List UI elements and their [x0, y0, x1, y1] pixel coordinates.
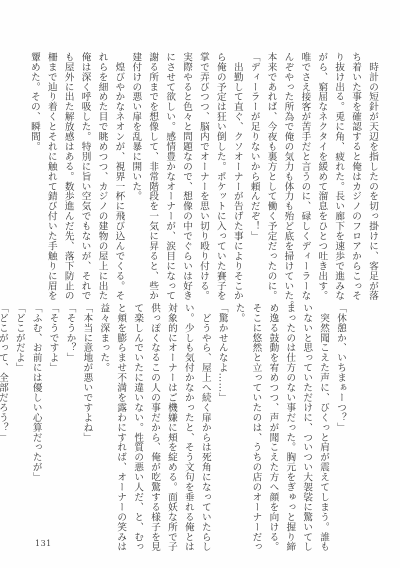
text-line: どうやら、屋上へ続く扉からは死角になっていたらし	[196, 303, 213, 543]
text-line: いないと思っていただけに、ついつい大袈裟に驚いてし	[297, 303, 314, 543]
text-line: と頬を膨らませ不満を露わにすれば、オーナーの笑みは	[111, 303, 128, 543]
text-line: ら俺の予定は狂い倒した。ポケットに入っていた賽子を	[211, 52, 228, 292]
text-line: 時計の短針が天辺を指したのを切っ掛けに、客足が落	[363, 52, 380, 292]
text-line: がら、窮屈なネクタイを緩めて溜息をひとつ吐き出す。	[312, 52, 329, 292]
page-number: 131	[35, 539, 52, 548]
text-line: 謝る所までを想像して、非常階段を一気に昇ると、些か	[143, 52, 160, 292]
text-line: り抜け出る。兎に角、疲れた。長い廊下を速歩で進みな	[329, 52, 346, 292]
text-line: て楽しんでいたに違いない。性質の悪い人だ、と、むっ	[128, 303, 145, 543]
text-line: 対象的にオーナーはご機嫌に頬を綻める。面妖な所で子	[162, 303, 179, 543]
dialogue-line: 「ディーラーが足りないから頼んだぞ！」	[245, 52, 262, 292]
dialogue-line: 「どこがって、全部だろう？」	[0, 303, 10, 543]
text-line: 俺は深く呼吸した。特別に旨い空気でもないが、それで	[76, 52, 93, 292]
lower-text-block: 「休憩か、いちまぁーつ？」 突然聞こえた声に、びくっと肩が震えてしまう。誰も い…	[0, 303, 348, 543]
text-line: にさせて欲しい。感情豊かなオーナーが、涙目になって	[160, 52, 177, 292]
text-line: 柵まで辿り着くとそれに触れて錆び付いた手触りに眉を	[42, 52, 59, 292]
dialogue-line: 「どこがだよ」	[10, 303, 27, 543]
text-line: そこに悠然と立っていたのは、うちの店のオーナーだっ	[247, 303, 264, 543]
dialogue-line: 「驚かせんなよ……」	[213, 303, 230, 543]
text-line: た。	[230, 303, 247, 543]
text-line: んぞやった所為で俺の気力も体力も殆ど底を掃けていた。	[279, 52, 296, 292]
dialogue-line: 「そうですよ」	[44, 303, 61, 543]
text-line: 出勤して直ぐ、クソオーナーが告げた事によりそこか	[228, 52, 245, 292]
text-line: 供っぽくなるこの人の事だから、俺が吃驚する様子を見	[145, 303, 162, 543]
text-line: 煌びやかなネオンが、視界一杯に飛び込んでくる。そ	[110, 52, 127, 292]
text-line: 掌で弄びつつ、脳内でオーナーを思い切り殴り付ける。	[194, 52, 211, 292]
text-line: まったのは仕方のない事だった。胸元をぎゅっと握り締	[280, 303, 297, 543]
text-line: い。少しも気付かなかったと、そう文句を垂れる俺とは	[179, 303, 196, 543]
text-line: 唯でさえ接客が苦手だと言うのに、碌しくディーラーな	[295, 52, 312, 292]
text-line: め逸る鼓動を宥めつつ、声が聞こえた方へ顔を向ける。	[263, 303, 280, 543]
text-line: れらを細めた目で眺めつつ、カジノの建物の屋上に出た	[93, 52, 110, 292]
dialogue-line: 「ふむ、お前には優しい心算だったが」	[27, 303, 44, 543]
text-line: 建付けの悪い扉を乱暴に開いた。	[126, 52, 143, 292]
text-line: も屋外に出た解放感はある。数歩進んだ先、落下防止の	[59, 52, 76, 292]
dialogue-line: 「本当に意地が悪いですよね」	[78, 303, 95, 543]
text-line: 顰めた。その、瞬間。	[25, 52, 42, 292]
text-line: 突然聞こえた声に、びくっと肩が震えてしまう。誰も	[314, 303, 331, 543]
text-line: 実際やると色々と問題なので、想像の中でぐらいは好き	[177, 52, 194, 292]
book-page: 時計の短針が天辺を指したのを切っ掛けに、客足が落 ち着いた事を確認すると俺はカジ…	[0, 0, 400, 568]
upper-text-block: 時計の短針が天辺を指したのを切っ掛けに、客足が落 ち着いた事を確認すると俺はカジ…	[25, 52, 380, 292]
dialogue-line: 「休憩か、いちまぁーつ？」	[331, 303, 348, 543]
dialogue-line: 「そうか？」	[61, 303, 78, 543]
text-line: 本来であれば、今夜も裏方として働く予定だったのに。	[262, 52, 279, 292]
text-line: 益々深まった。	[94, 303, 111, 543]
text-line: ち着いた事を確認すると俺はカジノのフロアからこっそ	[346, 52, 363, 292]
